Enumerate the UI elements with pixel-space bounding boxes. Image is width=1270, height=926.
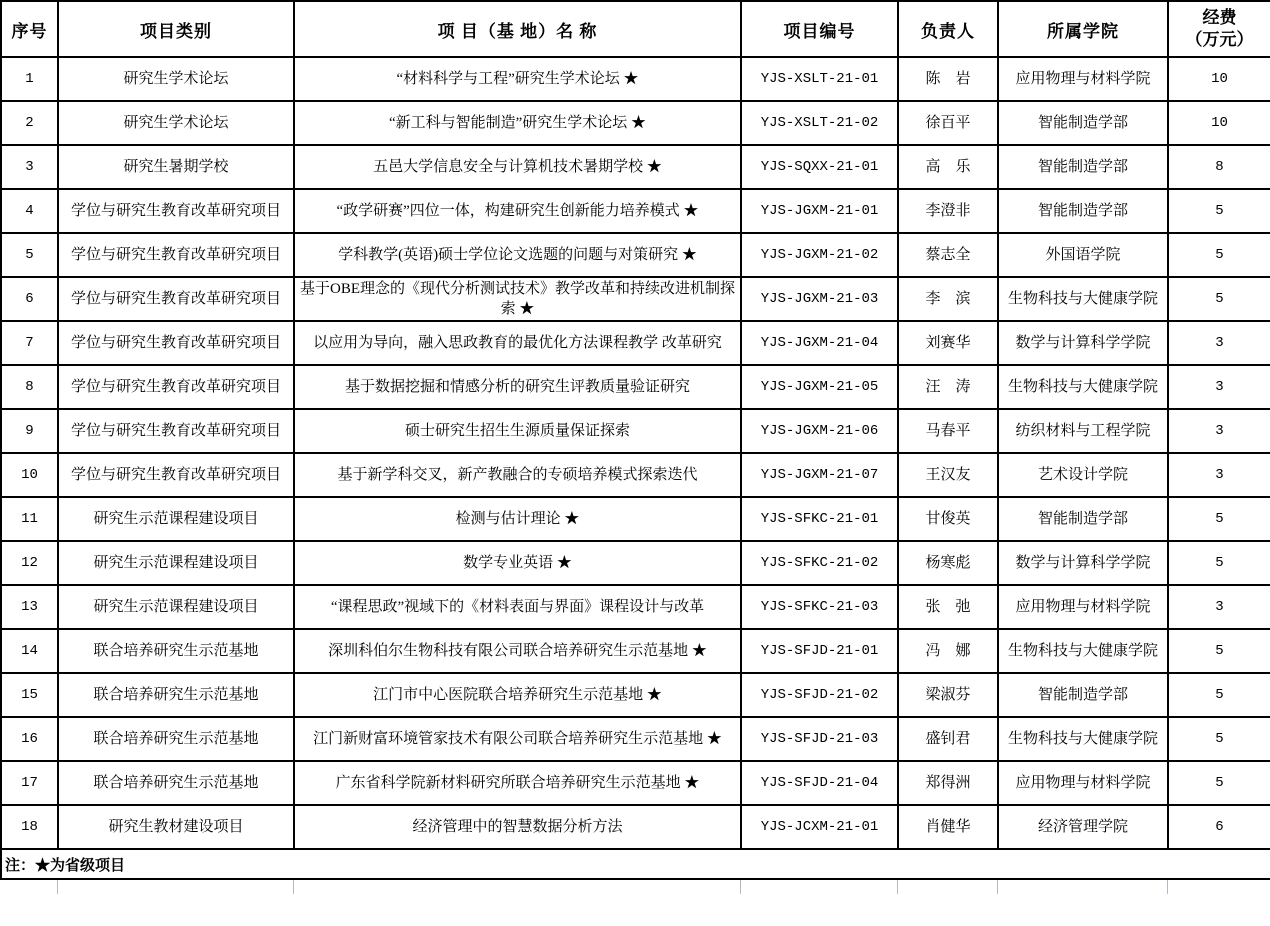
gridline-stub [740,880,741,894]
table-row: 8学位与研究生教育改革研究项目基于数据挖掘和情感分析的研究生评教质量验证研究YJ… [1,365,1270,409]
cell-college: 外国语学院 [998,233,1168,277]
cell-leader: 郑得洲 [898,761,998,805]
cell-category: 研究生教材建设项目 [58,805,294,849]
table-row: 10学位与研究生教育改革研究项目基于新学科交叉，新产教融合的专硕培养模式探索迭代… [1,453,1270,497]
table-body: 1研究生学术论坛“材料科学与工程”研究生学术论坛 ★YJS-XSLT-21-01… [1,57,1270,849]
cell-code: YJS-JGXM-21-05 [741,365,898,409]
cell-name: “新工科与智能制造”研究生学术论坛 ★ [294,101,741,145]
cell-category: 联合培养研究生示范基地 [58,717,294,761]
cell-index: 4 [1,189,58,233]
cell-name: “政学研赛”四位一体，构建研究生创新能力培养模式 ★ [294,189,741,233]
cell-funding: 5 [1168,497,1270,541]
table-row: 6学位与研究生教育改革研究项目基于OBE理念的《现代分析测试技术》教学改革和持续… [1,277,1270,321]
cell-code: YJS-XSLT-21-01 [741,57,898,101]
cell-leader: 冯 娜 [898,629,998,673]
cell-category: 研究生示范课程建设项目 [58,541,294,585]
cell-leader: 汪 涛 [898,365,998,409]
cell-index: 12 [1,541,58,585]
cell-funding: 3 [1168,453,1270,497]
cell-code: YJS-SQXX-21-01 [741,145,898,189]
cell-code: YJS-XSLT-21-02 [741,101,898,145]
table-row: 1研究生学术论坛“材料科学与工程”研究生学术论坛 ★YJS-XSLT-21-01… [1,57,1270,101]
table-row: 14联合培养研究生示范基地深圳科伯尔生物科技有限公司联合培养研究生示范基地 ★Y… [1,629,1270,673]
table-row: 7学位与研究生教育改革研究项目以应用为导向，融入思政教育的最优化方法课程教学 改… [1,321,1270,365]
cell-college: 应用物理与材料学院 [998,57,1168,101]
cell-index: 5 [1,233,58,277]
cell-code: YJS-JGXM-21-07 [741,453,898,497]
document-sheet: 序号 项目类别 项 目（基 地）名 称 项目编号 负责人 所属学院 经费 （万元… [0,0,1270,926]
cell-college: 应用物理与材料学院 [998,585,1168,629]
cell-code: YJS-SFKC-21-01 [741,497,898,541]
cell-college: 数学与计算科学学院 [998,541,1168,585]
cell-college: 生物科技与大健康学院 [998,277,1168,321]
cell-leader: 刘赛华 [898,321,998,365]
header-index: 序号 [1,1,58,57]
cell-college: 生物科技与大健康学院 [998,365,1168,409]
table-row: 3研究生暑期学校五邑大学信息安全与计算机技术暑期学校 ★YJS-SQXX-21-… [1,145,1270,189]
cell-college: 应用物理与材料学院 [998,761,1168,805]
cell-name: “课程思政”视域下的《材料表面与界面》课程设计与改革 [294,585,741,629]
cell-code: YJS-SFJD-21-03 [741,717,898,761]
note-row: 注：★为省级项目 [1,849,1270,879]
header-leader: 负责人 [898,1,998,57]
cell-name: 以应用为导向，融入思政教育的最优化方法课程教学 改革研究 [294,321,741,365]
cell-index: 7 [1,321,58,365]
cell-code: YJS-JGXM-21-04 [741,321,898,365]
gridline-stub [1167,880,1168,894]
cell-leader: 甘俊英 [898,497,998,541]
cell-code: YJS-SFJD-21-01 [741,629,898,673]
cell-funding: 8 [1168,145,1270,189]
clipped-next-row [0,880,1270,894]
cell-leader: 杨寒彪 [898,541,998,585]
cell-college: 生物科技与大健康学院 [998,717,1168,761]
cell-college: 艺术设计学院 [998,453,1168,497]
cell-name: 江门市中心医院联合培养研究生示范基地 ★ [294,673,741,717]
cell-index: 13 [1,585,58,629]
cell-college: 生物科技与大健康学院 [998,629,1168,673]
cell-college: 经济管理学院 [998,805,1168,849]
cell-category: 学位与研究生教育改革研究项目 [58,365,294,409]
cell-index: 6 [1,277,58,321]
cell-index: 9 [1,409,58,453]
table-row: 18研究生教材建设项目经济管理中的智慧数据分析方法YJS-JCXM-21-01肖… [1,805,1270,849]
cell-index: 3 [1,145,58,189]
cell-index: 10 [1,453,58,497]
table-row: 17联合培养研究生示范基地广东省科学院新材料研究所联合培养研究生示范基地 ★YJ… [1,761,1270,805]
table-row: 5学位与研究生教育改革研究项目学科教学(英语)硕士学位论文选题的问题与对策研究 … [1,233,1270,277]
cell-name: 硕士研究生招生生源质量保证探索 [294,409,741,453]
cell-leader: 盛钊君 [898,717,998,761]
cell-name: 基于数据挖掘和情感分析的研究生评教质量验证研究 [294,365,741,409]
cell-college: 智能制造学部 [998,101,1168,145]
cell-funding: 6 [1168,805,1270,849]
cell-college: 智能制造学部 [998,673,1168,717]
cell-college: 智能制造学部 [998,189,1168,233]
cell-category: 联合培养研究生示范基地 [58,629,294,673]
cell-category: 研究生暑期学校 [58,145,294,189]
cell-funding: 3 [1168,409,1270,453]
cell-funding: 5 [1168,717,1270,761]
cell-name: 学科教学(英语)硕士学位论文选题的问题与对策研究 ★ [294,233,741,277]
cell-category: 学位与研究生教育改革研究项目 [58,321,294,365]
cell-college: 智能制造学部 [998,497,1168,541]
table-row: 15联合培养研究生示范基地江门市中心医院联合培养研究生示范基地 ★YJS-SFJ… [1,673,1270,717]
cell-code: YJS-JGXM-21-06 [741,409,898,453]
cell-index: 8 [1,365,58,409]
cell-code: YJS-SFKC-21-03 [741,585,898,629]
note-text: 注：★为省级项目 [1,849,1270,879]
cell-name: 江门新财富环境管家技术有限公司联合培养研究生示范基地 ★ [294,717,741,761]
cell-funding: 3 [1168,365,1270,409]
cell-funding: 5 [1168,761,1270,805]
cell-leader: 王汉友 [898,453,998,497]
header-category: 项目类别 [58,1,294,57]
cell-funding: 5 [1168,629,1270,673]
cell-name: 广东省科学院新材料研究所联合培养研究生示范基地 ★ [294,761,741,805]
cell-leader: 徐百平 [898,101,998,145]
header-college: 所属学院 [998,1,1168,57]
cell-name: 基于OBE理念的《现代分析测试技术》教学改革和持续改进机制探索 ★ [294,277,741,321]
header-row: 序号 项目类别 项 目（基 地）名 称 项目编号 负责人 所属学院 经费 （万元… [1,1,1270,57]
cell-name: 五邑大学信息安全与计算机技术暑期学校 ★ [294,145,741,189]
cell-code: YJS-JGXM-21-02 [741,233,898,277]
table-row: 2研究生学术论坛“新工科与智能制造”研究生学术论坛 ★YJS-XSLT-21-0… [1,101,1270,145]
cell-funding: 5 [1168,541,1270,585]
table-row: 13研究生示范课程建设项目“课程思政”视域下的《材料表面与界面》课程设计与改革Y… [1,585,1270,629]
cell-college: 纺织材料与工程学院 [998,409,1168,453]
table-row: 12研究生示范课程建设项目数学专业英语 ★YJS-SFKC-21-02杨寒彪数学… [1,541,1270,585]
cell-index: 14 [1,629,58,673]
cell-name: 基于新学科交叉，新产教融合的专硕培养模式探索迭代 [294,453,741,497]
gridline-stub [293,880,294,894]
cell-leader: 李 滨 [898,277,998,321]
cell-category: 联合培养研究生示范基地 [58,761,294,805]
cell-code: YJS-JGXM-21-01 [741,189,898,233]
cell-funding: 5 [1168,233,1270,277]
cell-code: YJS-JGXM-21-03 [741,277,898,321]
header-funding: 经费 （万元） [1168,1,1270,57]
cell-category: 研究生学术论坛 [58,101,294,145]
cell-code: YJS-SFJD-21-02 [741,673,898,717]
gridline-stub [897,880,898,894]
cell-index: 16 [1,717,58,761]
cell-funding: 3 [1168,585,1270,629]
cell-code: YJS-SFKC-21-02 [741,541,898,585]
cell-category: 联合培养研究生示范基地 [58,673,294,717]
cell-name: 数学专业英语 ★ [294,541,741,585]
cell-name: 经济管理中的智慧数据分析方法 [294,805,741,849]
table-row: 11研究生示范课程建设项目检测与估计理论 ★YJS-SFKC-21-01甘俊英智… [1,497,1270,541]
cell-category: 学位与研究生教育改革研究项目 [58,277,294,321]
cell-code: YJS-JCXM-21-01 [741,805,898,849]
cell-college: 智能制造学部 [998,145,1168,189]
cell-category: 研究生示范课程建设项目 [58,585,294,629]
cell-funding: 10 [1168,101,1270,145]
header-name: 项 目（基 地）名 称 [294,1,741,57]
cell-name: 检测与估计理论 ★ [294,497,741,541]
table-row: 4学位与研究生教育改革研究项目“政学研赛”四位一体，构建研究生创新能力培养模式 … [1,189,1270,233]
cell-index: 2 [1,101,58,145]
cell-index: 11 [1,497,58,541]
cell-index: 17 [1,761,58,805]
cell-category: 研究生学术论坛 [58,57,294,101]
cell-funding: 3 [1168,321,1270,365]
projects-table: 序号 项目类别 项 目（基 地）名 称 项目编号 负责人 所属学院 经费 （万元… [0,0,1270,880]
gridline-stub [997,880,998,894]
cell-funding: 5 [1168,673,1270,717]
cell-leader: 陈 岩 [898,57,998,101]
cell-name: 深圳科伯尔生物科技有限公司联合培养研究生示范基地 ★ [294,629,741,673]
cell-category: 研究生示范课程建设项目 [58,497,294,541]
cell-leader: 高 乐 [898,145,998,189]
cell-code: YJS-SFJD-21-04 [741,761,898,805]
cell-leader: 梁淑芬 [898,673,998,717]
cell-index: 15 [1,673,58,717]
cell-leader: 李澄非 [898,189,998,233]
cell-index: 18 [1,805,58,849]
cell-funding: 10 [1168,57,1270,101]
cell-leader: 马春平 [898,409,998,453]
cell-category: 学位与研究生教育改革研究项目 [58,233,294,277]
cell-leader: 肖健华 [898,805,998,849]
header-code: 项目编号 [741,1,898,57]
cell-category: 学位与研究生教育改革研究项目 [58,453,294,497]
gridline-stub [57,880,58,894]
table-footer: 注：★为省级项目 [1,849,1270,879]
cell-funding: 5 [1168,277,1270,321]
table-row: 9学位与研究生教育改革研究项目硕士研究生招生生源质量保证探索YJS-JGXM-2… [1,409,1270,453]
cell-name: “材料科学与工程”研究生学术论坛 ★ [294,57,741,101]
cell-funding: 5 [1168,189,1270,233]
cell-index: 1 [1,57,58,101]
table-row: 16联合培养研究生示范基地江门新财富环境管家技术有限公司联合培养研究生示范基地 … [1,717,1270,761]
cell-category: 学位与研究生教育改革研究项目 [58,189,294,233]
cell-category: 学位与研究生教育改革研究项目 [58,409,294,453]
cell-leader: 张 弛 [898,585,998,629]
cell-college: 数学与计算科学学院 [998,321,1168,365]
table-header: 序号 项目类别 项 目（基 地）名 称 项目编号 负责人 所属学院 经费 （万元… [1,1,1270,57]
cell-leader: 蔡志全 [898,233,998,277]
